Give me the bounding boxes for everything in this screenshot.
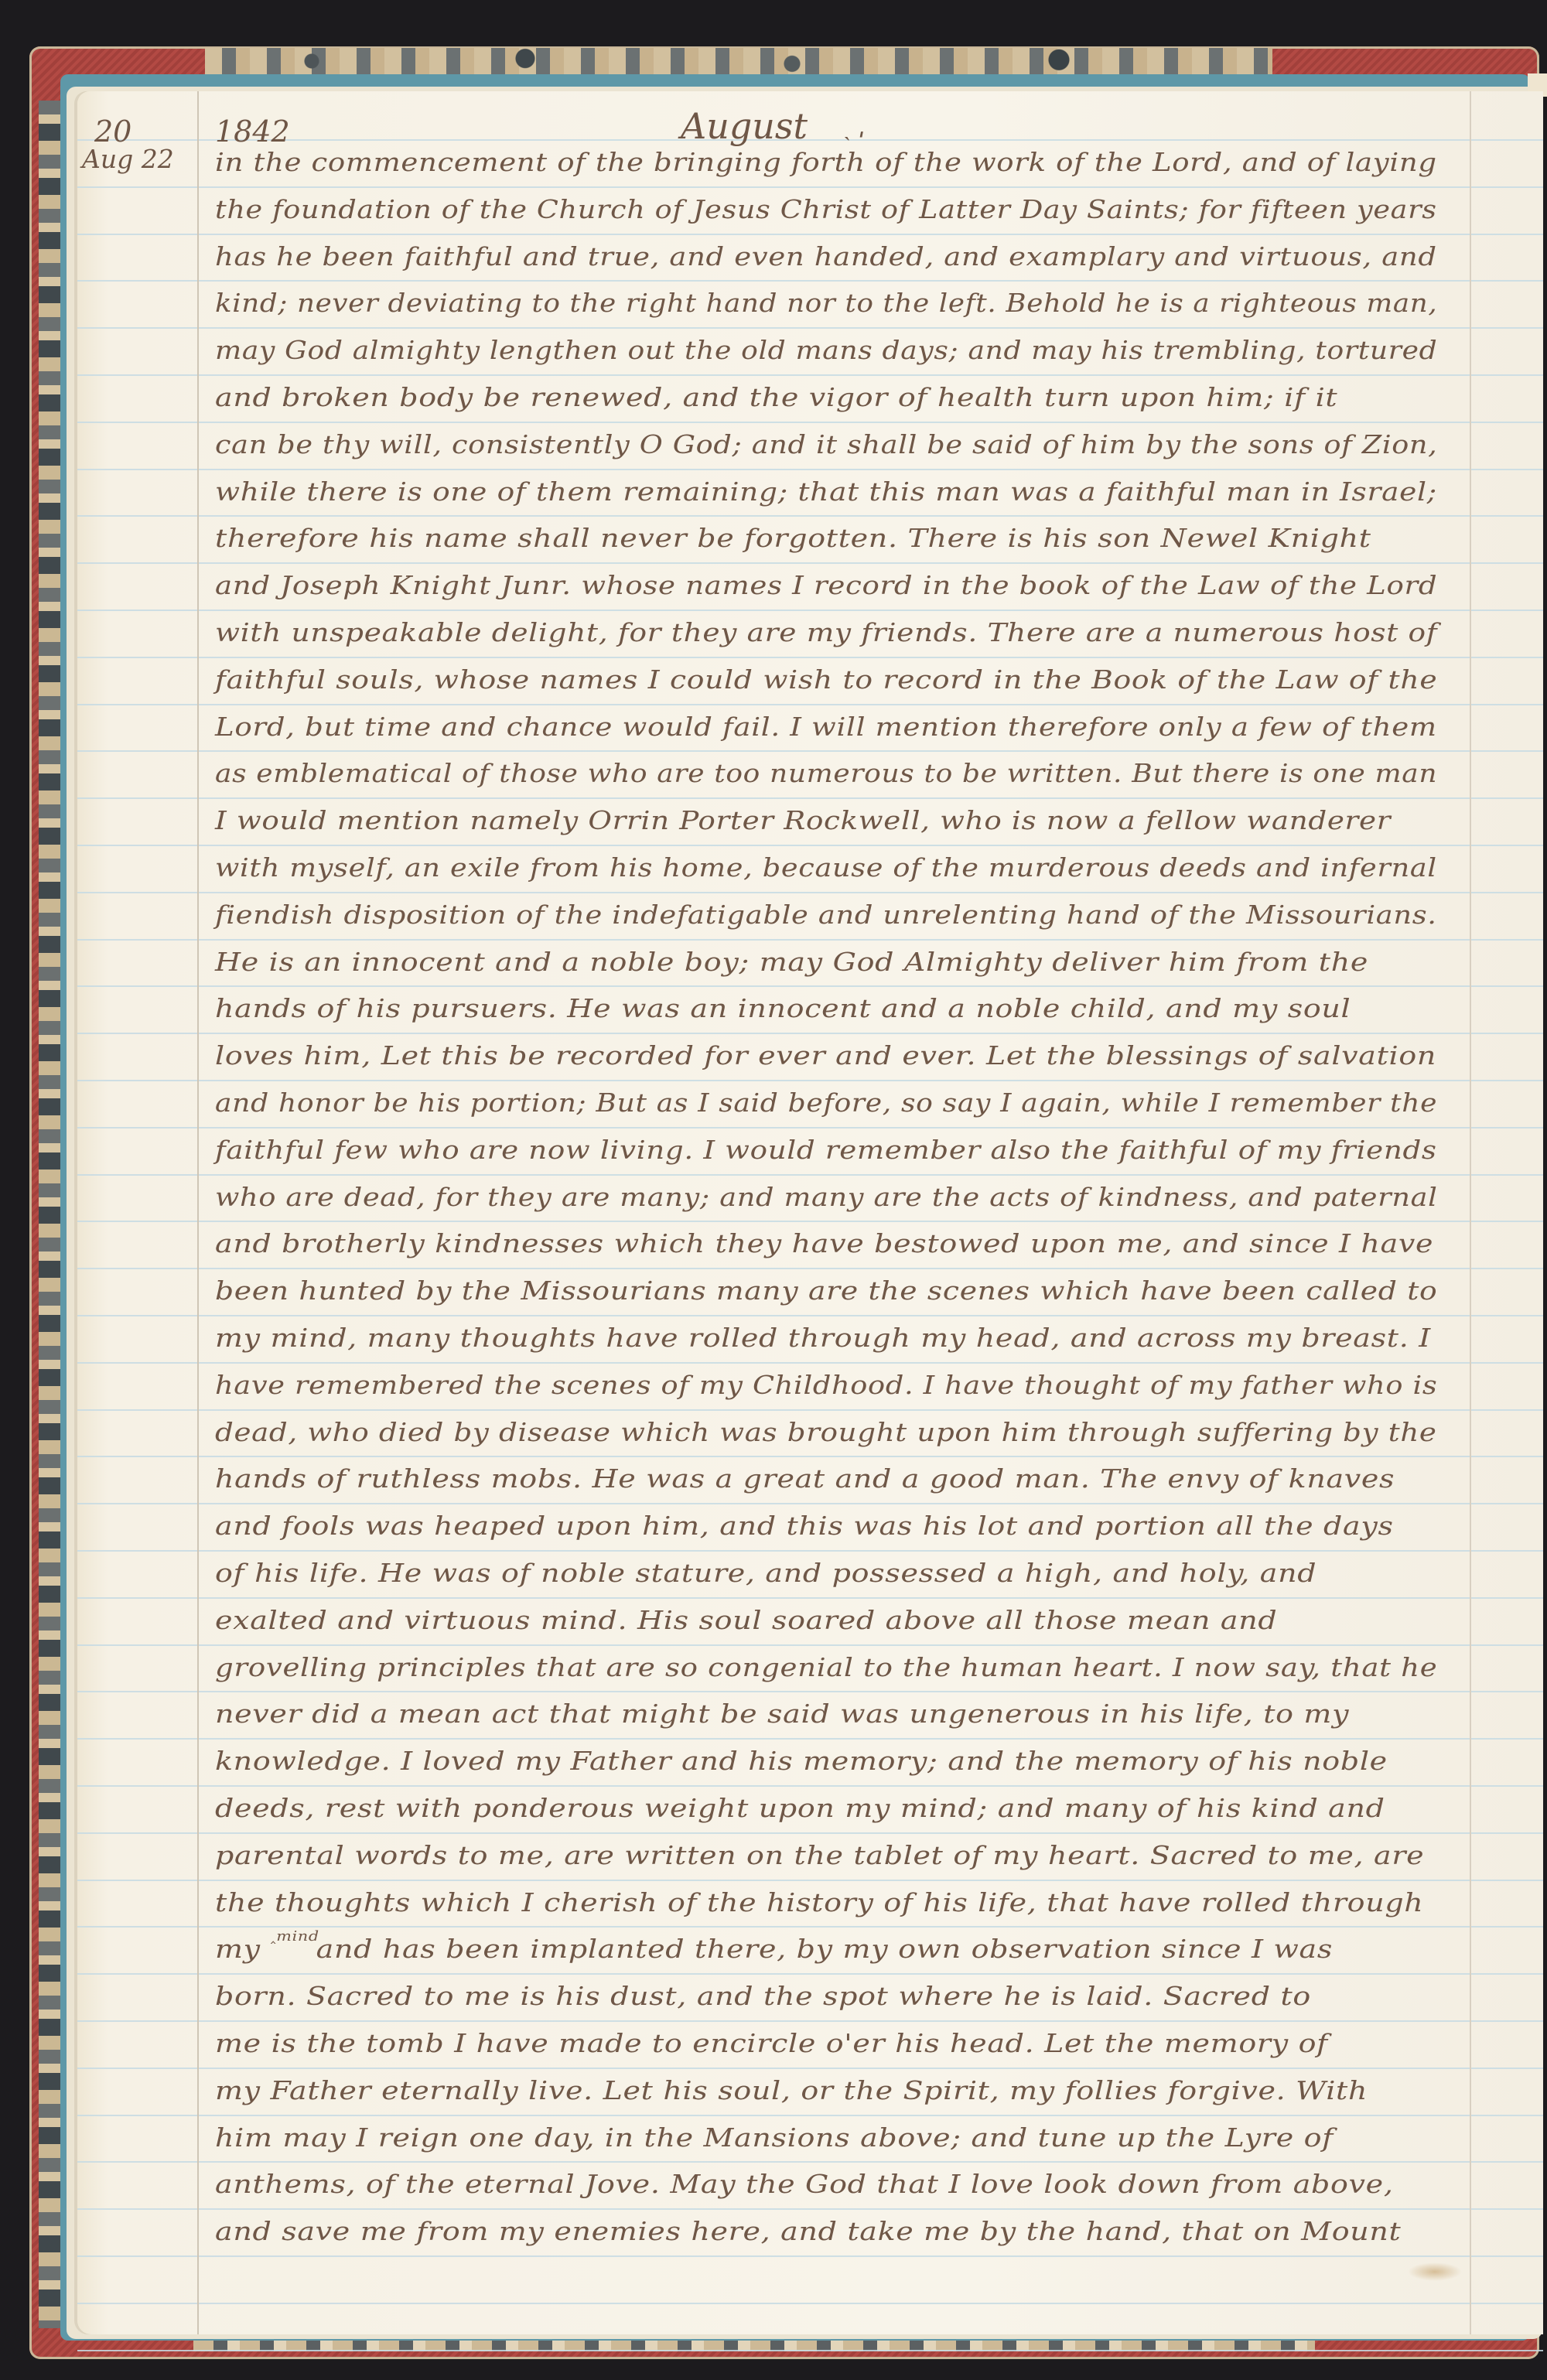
rule-line <box>77 186 1543 188</box>
text-line: dead, who died by disease which was brou… <box>215 1417 1437 1447</box>
text-line: and fools was heaped upon him, and this … <box>215 1511 1394 1541</box>
text-line: hands of ruthless mobs. He was a great a… <box>215 1463 1395 1494</box>
rule-line <box>77 1644 1543 1646</box>
rule-line <box>77 2068 1543 2069</box>
rule-line <box>77 1738 1543 1740</box>
left-margin-line <box>197 91 199 2334</box>
text-line: and brotherly kindnesses which they have… <box>215 1228 1433 1258</box>
text-line: with unspeakable delight, for they are m… <box>215 617 1437 647</box>
text-line: parental words to me, are written on the… <box>215 1840 1424 1870</box>
line-prefix: my <box>215 1934 271 1964</box>
text-line: born. Sacred to me is his dust, and the … <box>215 1981 1311 2011</box>
rule-line <box>77 2350 1543 2351</box>
rule-line <box>77 2020 1543 2022</box>
text-line: while there is one of them remaining; th… <box>215 476 1437 507</box>
interlinear-insertion: ‸mind <box>271 1928 326 1945</box>
rule-line <box>77 327 1543 329</box>
rule-line <box>77 234 1543 235</box>
text-line: therefore his name shall never be forgot… <box>215 523 1371 553</box>
text-line: my mind, many thoughts have rolled throu… <box>215 1323 1431 1353</box>
rule-line <box>77 1221 1543 1222</box>
rule-line <box>77 562 1543 564</box>
ink-stain <box>1408 2262 1462 2281</box>
text-line: and Joseph Knight Junr. whose names I re… <box>215 570 1437 600</box>
text-line: can be thy will, consistently O God; and… <box>215 429 1437 459</box>
text-line: I would mention namely Orrin Porter Rock… <box>215 805 1391 835</box>
text-line: who are dead, for they are many; and man… <box>215 1182 1438 1212</box>
rule-line <box>77 1127 1543 1129</box>
text-line: me is the tomb I have made to encircle o… <box>215 2028 1328 2058</box>
rule-line <box>77 2255 1543 2257</box>
rule-line <box>77 1832 1543 1834</box>
text-line: may God almighty lengthen out the old ma… <box>215 335 1437 365</box>
year-heading: 1842 <box>215 114 290 149</box>
rule-line <box>77 139 1543 141</box>
line-rest: and has been implanted there, by my own … <box>316 1934 1333 1964</box>
rule-line <box>77 939 1543 941</box>
rule-line <box>77 1973 1543 1975</box>
text-line: in the commencement of the bringing fort… <box>215 147 1437 177</box>
text-line: have remembered the scenes of my Childho… <box>215 1370 1437 1400</box>
text-line: and broken body be renewed, and the vigo… <box>215 382 1337 412</box>
rule-line <box>77 1362 1543 1364</box>
text-line: been hunted by the Missourians many are … <box>215 1275 1437 1306</box>
rule-line <box>77 797 1543 799</box>
rule-line <box>77 422 1543 423</box>
text-line: as emblematical of those who are too num… <box>215 758 1437 788</box>
text-line: has he been faithful and true, and even … <box>215 241 1437 271</box>
text-line: He is an innocent and a noble boy; may G… <box>215 947 1368 977</box>
right-margin-line <box>1470 91 1471 2334</box>
text-line: kind; never deviating to the right hand … <box>215 288 1437 318</box>
text-line: Lord, but time and chance would fail. I … <box>215 712 1437 742</box>
rule-line <box>77 1268 1543 1269</box>
month-heading: August <box>681 105 808 147</box>
rule-line <box>77 1409 1543 1411</box>
text-line: deeds, rest with ponderous weight upon m… <box>215 1793 1385 1823</box>
rule-line <box>77 374 1543 376</box>
rule-line <box>77 610 1543 611</box>
marbled-edge-left <box>39 101 62 2328</box>
journal-page: 20 1842 August ˎ ˌ Aug 22 in the commenc… <box>77 91 1543 2334</box>
rule-line <box>77 1174 1543 1176</box>
text-line: grovelling principles that are so congen… <box>215 1652 1437 1682</box>
text-line: him may I reign one day, in the Mansions… <box>215 2122 1334 2153</box>
marbled-edge-top <box>205 48 1272 74</box>
rule-line <box>77 280 1543 282</box>
rule-line <box>77 515 1543 517</box>
rule-line <box>77 2208 1543 2210</box>
text-line: my ‸mind and has been implanted there, b… <box>215 1934 1333 1964</box>
rule-line <box>77 1550 1543 1552</box>
text-line: anthems, of the eternal Jove. May the Go… <box>215 2169 1394 2199</box>
text-line: the thoughts which I cherish of the hist… <box>215 1887 1423 1917</box>
rule-line <box>77 2303 1543 2304</box>
rule-line <box>77 469 1543 470</box>
rule-line <box>77 1080 1543 1081</box>
rule-line <box>77 657 1543 658</box>
rule-line <box>77 985 1543 987</box>
text-line: with myself, an exile from his home, bec… <box>215 852 1437 883</box>
text-line: fiendish disposition of the indefatigabl… <box>215 900 1437 930</box>
rule-line <box>77 1597 1543 1599</box>
rule-line <box>77 1033 1543 1034</box>
rule-line <box>77 845 1543 846</box>
text-line: the foundation of the Church of Jesus Ch… <box>215 194 1437 224</box>
text-line: and honor be his portion; But as I said … <box>215 1088 1437 1118</box>
rule-line <box>77 1456 1543 1457</box>
text-line: never did a mean act that might be said … <box>215 1699 1349 1729</box>
text-line: exalted and virtuous mind. His soul soar… <box>215 1605 1277 1635</box>
rule-line <box>77 2161 1543 2163</box>
rule-line <box>77 1503 1543 1504</box>
text-line: and save me from my enemies here, and ta… <box>215 2216 1401 2246</box>
rule-line <box>77 1785 1543 1787</box>
text-line: knowledge. I loved my Father and his mem… <box>215 1746 1388 1776</box>
rule-line <box>77 892 1543 893</box>
rule-line <box>77 1880 1543 1881</box>
rule-line <box>77 1926 1543 1928</box>
rule-line <box>77 1315 1543 1316</box>
text-line: hands of his pursuers. He was an innocen… <box>215 993 1351 1023</box>
rule-line <box>77 704 1543 705</box>
entry-date: Aug 22 <box>82 144 174 174</box>
rule-line <box>77 2115 1543 2116</box>
heading-marks: ˎ ˌ <box>843 114 865 142</box>
text-line: faithful souls, whose names I could wish… <box>215 664 1437 695</box>
rule-line <box>77 1691 1543 1692</box>
text-line: of his life. He was of noble stature, an… <box>215 1558 1316 1588</box>
text-line: faithful few who are now living. I would… <box>215 1135 1437 1165</box>
rule-line <box>77 750 1543 752</box>
text-line: loves him, Let this be recorded for ever… <box>215 1040 1436 1070</box>
text-line: my Father eternally live. Let his soul, … <box>215 2075 1368 2105</box>
